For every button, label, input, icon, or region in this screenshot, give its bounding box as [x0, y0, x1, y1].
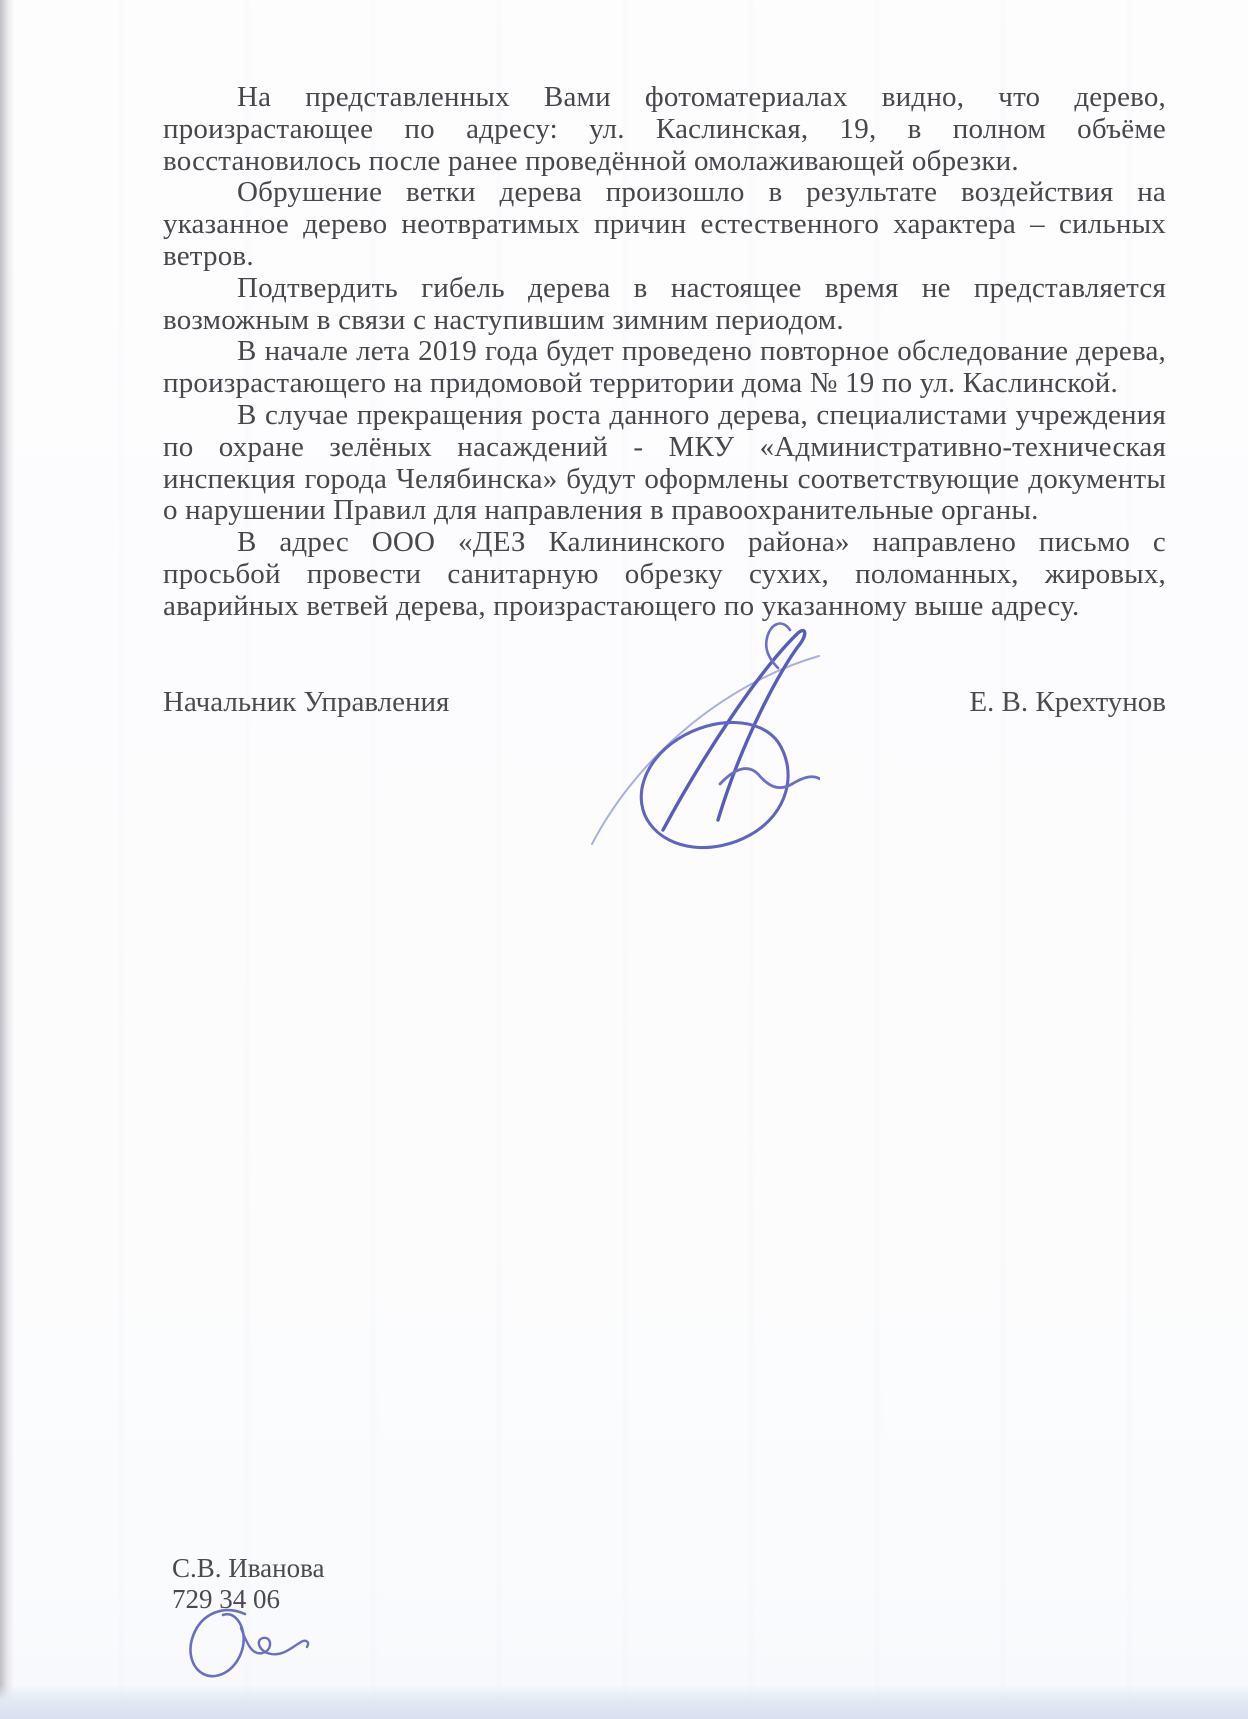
body-paragraph: На представленных Вами фотоматериалах ви…: [163, 82, 1166, 177]
scan-left-edge-shadow: [0, 0, 14, 1719]
scan-bottom-edge-band: [0, 1685, 1248, 1719]
body-paragraph: Обрушение ветки дерева произошло в резул…: [163, 177, 1166, 272]
body-paragraph: В начале лета 2019 года будет проведено …: [163, 336, 1166, 400]
body-paragraph: Подтвердить гибель дерева в настоящее вр…: [163, 273, 1166, 337]
body-paragraph: В случае прекращения роста данного дерев…: [163, 400, 1166, 527]
signer-position-title: Начальник Управления: [163, 686, 449, 719]
executor-name: С.В. Иванова: [172, 1553, 324, 1584]
director-signature-ink: [520, 572, 820, 852]
executor-signature-ink: [183, 1600, 333, 1695]
signer-name: Е. В. Крехтунов: [969, 686, 1166, 719]
scanned-letter-page: На представленных Вами фотоматериалах ви…: [0, 0, 1248, 1719]
letter-body: На представленных Вами фотоматериалах ви…: [163, 82, 1166, 623]
